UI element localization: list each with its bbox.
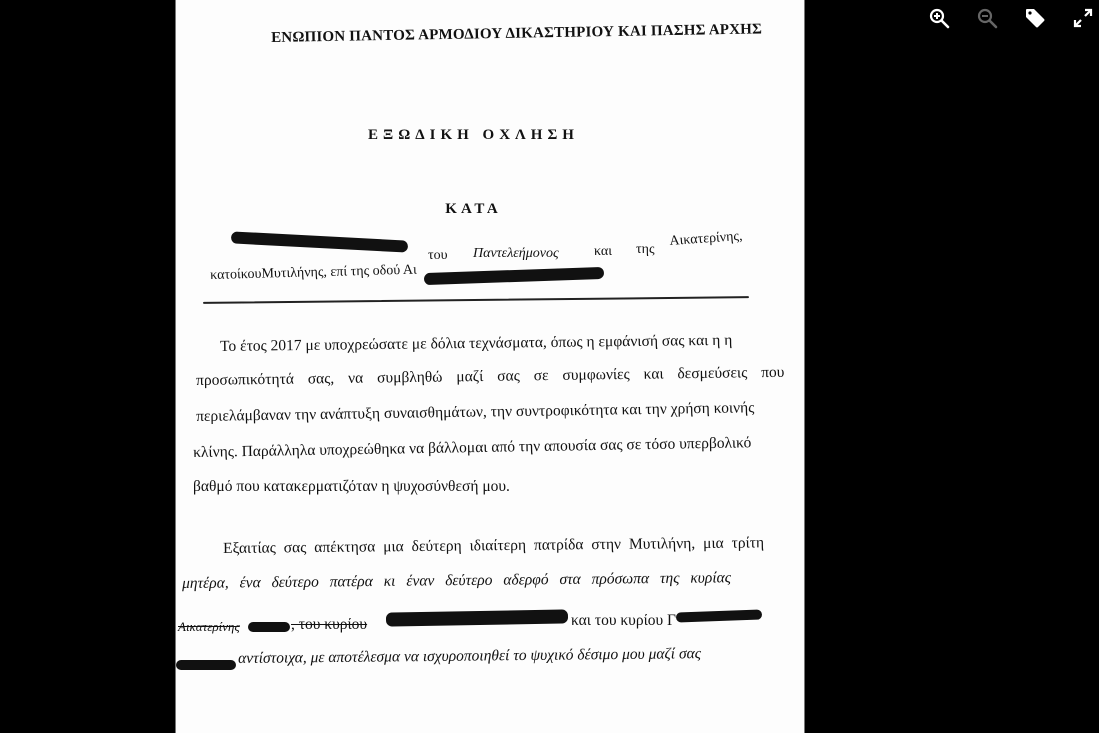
party-tou: του — [428, 248, 448, 264]
tag-icon — [1023, 6, 1047, 30]
redaction-name — [231, 231, 408, 252]
zoom-out-icon — [975, 6, 999, 30]
paragraph1-line5: βαθμό που κατακερματιζόταν η ψυχοσύνθεσή… — [193, 478, 510, 496]
viewer-toolbar — [909, 6, 1099, 30]
paragraph2-line4: αντίστοιχα, με αποτέλεσμα να ισχυροποιηθ… — [238, 645, 701, 668]
paragraph2-line3-a: Αικατερίνης — [178, 619, 240, 635]
court-header: ΕΝΩΠΙΟΝ ΠΑΝΤΟΣ ΑΡΜΟΔΙΟΥ ΔΙΚΑΣΤΗΡΙΟΥ ΚΑΙ … — [271, 21, 762, 47]
paragraph2-line3-b: , του κυρίου — [291, 616, 367, 634]
fullscreen-button[interactable] — [1071, 6, 1095, 30]
party-kai: και — [594, 244, 612, 260]
party-address: κατοίκουΜυτιλήνης, επί της οδού Αι — [210, 263, 417, 284]
redaction-name-2 — [386, 609, 568, 626]
redaction-address — [424, 267, 604, 285]
redaction-surname-1 — [248, 622, 290, 632]
document-page: ΕΝΩΠΙΟΝ ΠΑΝΤΟΣ ΑΡΜΟΔΙΟΥ ΔΙΚΑΣΤΗΡΙΟΥ ΚΑΙ … — [175, 0, 805, 733]
document-title: ΕΞΩΔΙΚΗ ΟΧΛΗΣΗ — [176, 127, 771, 144]
paragraph1-line3: περιελάμβαναν την ανάπτυξη συναισθημάτων… — [196, 399, 754, 426]
fullscreen-icon — [1071, 6, 1095, 30]
paragraph1-line4: κλίνης. Παράλληλα υποχρεώθηκα να βάλλομα… — [193, 434, 751, 462]
redaction-name-3 — [676, 610, 762, 623]
zoom-in-icon — [927, 6, 951, 30]
zoom-out-button[interactable] — [975, 6, 999, 30]
redaction-name-4 — [176, 660, 236, 670]
against-heading: ΚΑΤΑ — [176, 201, 771, 218]
paragraph2-line2: μητέρα, ένα δεύτερο πατέρα κι έναν δεύτε… — [182, 569, 731, 593]
paragraph2-line3-c: και του κυρίου Γ — [571, 612, 676, 630]
tag-button[interactable] — [1023, 6, 1047, 30]
party-father: Παντελεήμονος — [473, 246, 559, 262]
divider-line — [203, 296, 749, 304]
paragraph1-line2: προσωπικότητά σας, να συμβληθώ μαζί σας … — [196, 364, 785, 390]
party-tis: της — [636, 242, 655, 258]
party-mother: Αικατερίνης, — [669, 229, 743, 250]
zoom-in-button[interactable] — [927, 6, 951, 30]
paragraph2-line1: Εξαιτίας σας απέκτησα μια δεύτερη ιδιαίτ… — [223, 534, 764, 558]
paragraph1-line1: Το έτος 2017 με υποχρεώσατε με δόλια τεχ… — [220, 332, 732, 356]
